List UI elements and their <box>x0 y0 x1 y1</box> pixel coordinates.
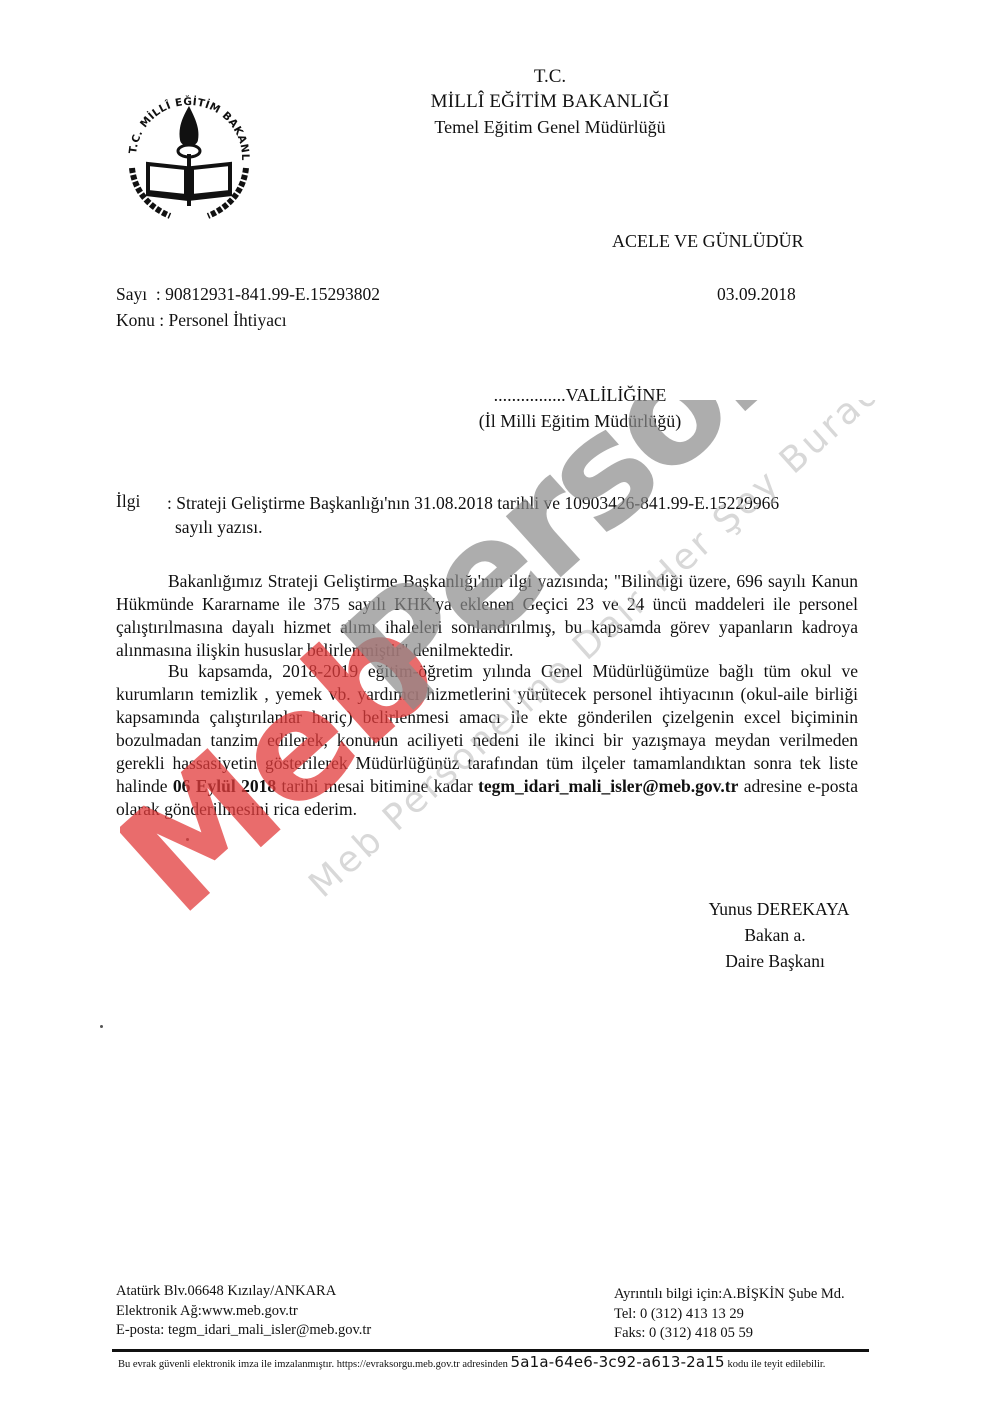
footer-divider <box>112 1349 869 1352</box>
verify-code: 5a1a-64e6-3c92-a613-2a15 <box>511 1353 725 1371</box>
scan-speck <box>186 838 189 841</box>
urgency-note: ACELE VE GÜNLÜDÜR <box>612 231 804 252</box>
reference-line-2: sayılı yazısı. <box>167 515 867 539</box>
verify-prefix: Bu evrak güvenli elektronik imza ile imz… <box>118 1359 511 1370</box>
country-heading: T.C. <box>300 66 800 88</box>
sayi-label: Sayı <box>116 284 147 304</box>
footer-address: Atatürk Blv.06648 Kızılay/ANKARA <box>116 1282 371 1302</box>
reference-text: : Strateji Geliştirme Başkanlığı'nın 31.… <box>167 491 867 539</box>
footer-fax: Faks: 0 (312) 418 05 59 <box>614 1324 845 1344</box>
scan-speck <box>100 1025 103 1028</box>
contact-email[interactable]: tegm_idari_mali_isler@meb.gov.tr <box>478 776 738 796</box>
paragraph-1-text: Bakanlığımız Strateji Geliştirme Başkanl… <box>116 571 858 660</box>
signer-on-behalf: Bakan a. <box>640 922 910 948</box>
footer-email[interactable]: E-posta: tegm_idari_mali_isler@meb.gov.t… <box>116 1321 371 1341</box>
deadline-date: 06 Eylül 2018 <box>173 776 276 796</box>
signer-title: Daire Başkanı <box>640 948 910 974</box>
konu-label: Konu <box>116 310 155 330</box>
signature-block: Yunus DEREKAYA Bakan a. Daire Başkanı <box>640 896 910 974</box>
addressee-line-2: (İl Milli Eğitim Müdürlüğü) <box>300 411 860 432</box>
document-number: Sayı : 90812931-841.99-E.15293802 <box>116 284 380 305</box>
footer-web[interactable]: Elektronik Ağ:www.meb.gov.tr <box>116 1302 371 1322</box>
body-paragraph-2: Bu kapsamda, 2018-2019 eğitim-öğretim yı… <box>116 660 858 821</box>
ministry-heading: MİLLÎ EĞİTİM BAKANLIĞI <box>300 91 800 113</box>
document-subject: Konu : Personel İhtiyacı <box>116 310 287 331</box>
verify-suffix: kodu ile teyit edilebilir. <box>725 1359 826 1370</box>
ministry-logo: T.C. MİLLÎ EĞİTİM BAKANLIĞI <box>118 88 260 224</box>
directorate-heading: Temel Eğitim Genel Müdürlüğü <box>300 117 800 138</box>
footer-contact-person: Ayrıntılı bilgi için:A.BİŞKİN Şube Md. <box>614 1285 845 1305</box>
reference-label: İlgi <box>116 491 140 512</box>
addressee-line-1: ................VALİLİĞİNE <box>300 385 860 406</box>
reference-line-1: : Strateji Geliştirme Başkanlığı'nın 31.… <box>167 491 867 515</box>
sayi-value: : 90812931-841.99-E.15293802 <box>156 284 380 304</box>
paragraph-2-text-cont: tarihi mesai bitimine kadar <box>276 776 478 796</box>
document-date: 03.09.2018 <box>717 284 796 305</box>
footer-address-block: Atatürk Blv.06648 Kızılay/ANKARA Elektro… <box>116 1282 371 1341</box>
konu-value: : Personel İhtiyacı <box>159 310 286 330</box>
footer-tel: Tel: 0 (312) 413 13 29 <box>614 1305 845 1325</box>
footer-contact-block: Ayrıntılı bilgi için:A.BİŞKİN Şube Md. T… <box>614 1285 845 1344</box>
verification-note: Bu evrak güvenli elektronik imza ile imz… <box>118 1353 825 1371</box>
signer-name: Yunus DEREKAYA <box>648 896 910 922</box>
body-paragraph-1: Bakanlığımız Strateji Geliştirme Başkanl… <box>116 570 858 662</box>
